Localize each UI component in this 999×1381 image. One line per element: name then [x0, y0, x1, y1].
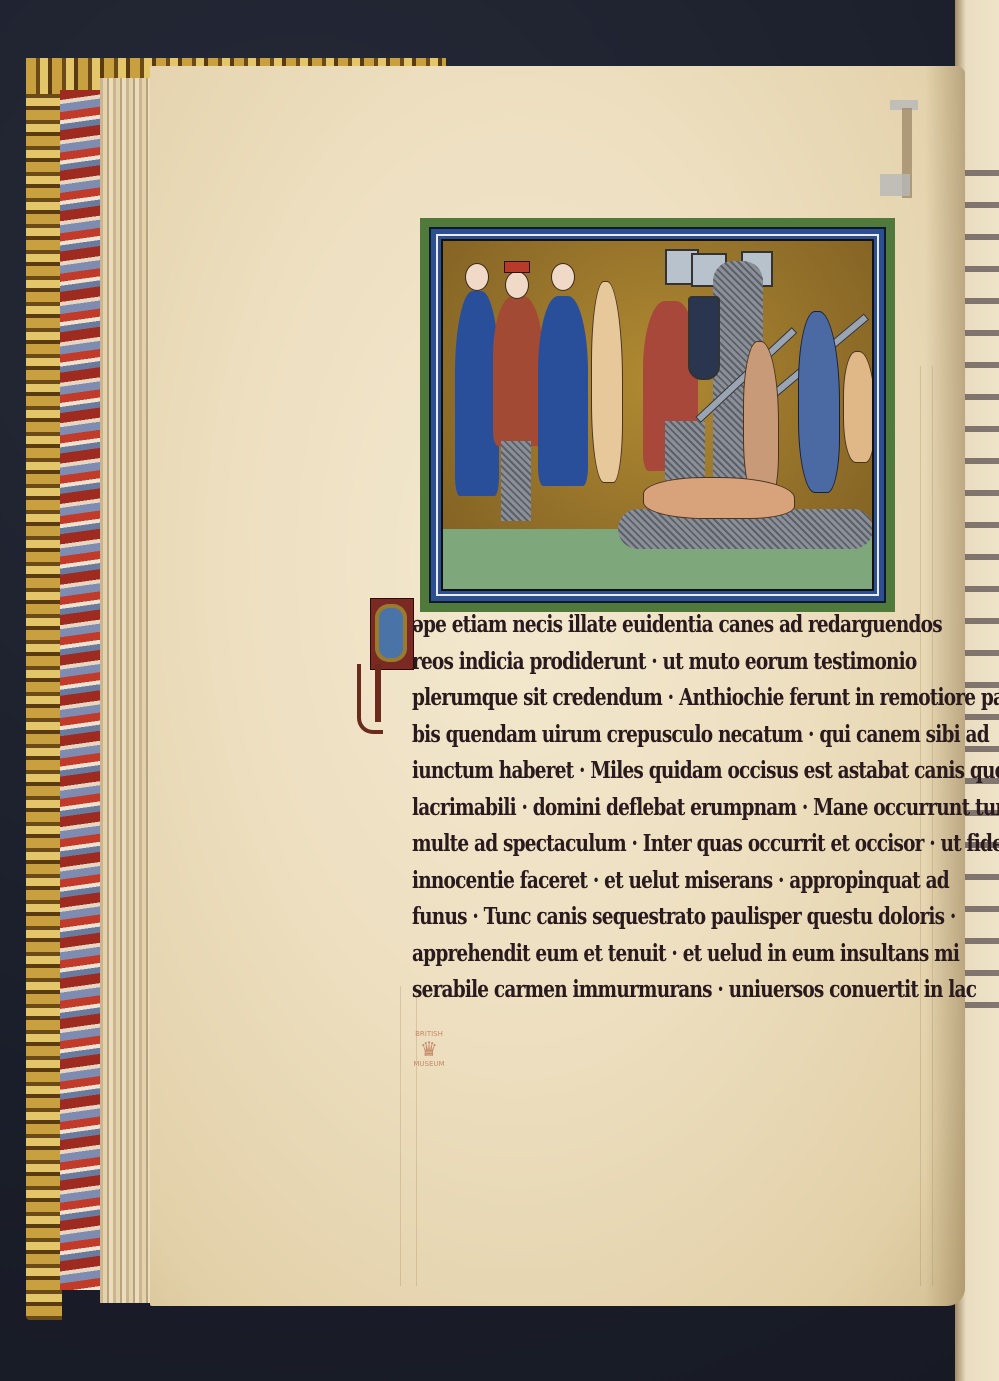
dog-standing: [591, 281, 623, 483]
decorated-initial-s: [355, 596, 415, 736]
british-museum-stamp: BRITISH ♛ MUSEUM: [402, 1030, 456, 1080]
king-legs: [501, 441, 531, 521]
shield: [688, 296, 720, 380]
ruling-line: [932, 366, 933, 1286]
facing-page-text: [962, 150, 999, 1030]
miniature-scene: [441, 239, 874, 591]
latin-text-block: ǝpe etiam necis illate euidentia canes a…: [412, 608, 902, 1010]
figure-king-head: [505, 271, 529, 299]
crown-icon: [504, 261, 530, 273]
figure-youth-head: [465, 263, 489, 291]
figure-accuser: [538, 296, 588, 486]
dog-blue: [798, 311, 840, 493]
text-line: serabile carmen immurmurans · uniuersos …: [412, 968, 902, 1014]
dog-edge: [843, 351, 874, 463]
figure-accuser-head: [551, 263, 575, 291]
figure-king: [493, 296, 543, 446]
stamp-bottom-text: MUSEUM: [413, 1060, 444, 1068]
dog-on-master: [643, 477, 795, 519]
ruling-line: [400, 986, 401, 1286]
crown-icon: ♛: [402, 1038, 456, 1060]
offset-initial-mark: [880, 100, 920, 210]
gilt-spine-edge: [26, 58, 62, 1320]
marbled-endpaper: [60, 90, 102, 1290]
ruling-line: [920, 366, 921, 1286]
